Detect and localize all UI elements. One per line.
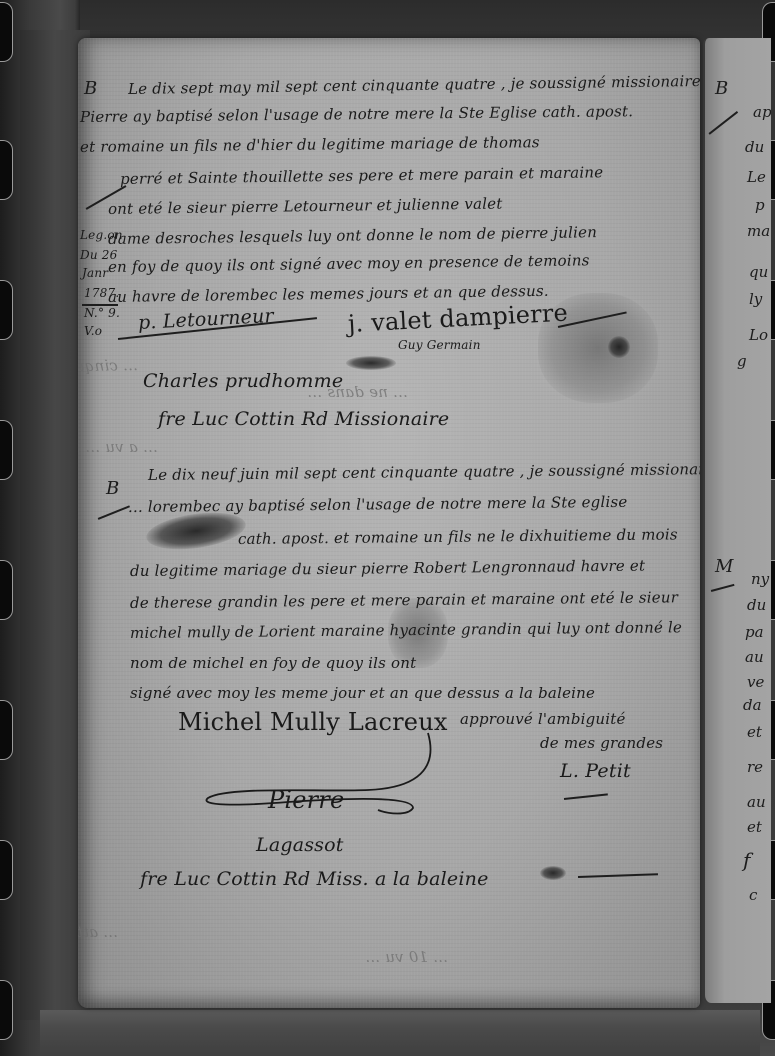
text-fragment: ny <box>751 570 769 588</box>
signature: fre Luc Cottin Rd Miss. a la baleine <box>140 868 489 890</box>
entry-text-line: dame desroches lesquels luy ont donne le… <box>108 223 597 248</box>
margin-note-line: V.o <box>84 324 102 338</box>
ink-blot <box>540 866 566 880</box>
text-fragment: du <box>745 138 764 156</box>
bleedthrough-text: ... 10 vu ... <box>365 948 448 966</box>
entry-text-line: Le dix neuf juin mil sept cent cinquante… <box>148 460 700 484</box>
text-fragment: Lo <box>749 326 768 344</box>
entry1-margin-mark: B <box>84 78 97 99</box>
text-fragment: au <box>747 793 766 811</box>
signature: L. Petit <box>560 760 631 782</box>
ink-blot <box>608 336 630 358</box>
signature: Guy Germain <box>398 338 481 352</box>
bleedthrough-text: ... attestée ... <box>78 923 118 941</box>
bleedthrough-text: … cinquante … sept … deux … <box>78 356 138 378</box>
entry-text-line: signé avec moy les meme jour et an que d… <box>130 684 595 702</box>
text-fragment: du <box>747 596 766 614</box>
text-fragment: Le <box>747 168 766 186</box>
entry-text-line: Pierre ay baptisé selon l'usage de notre… <box>80 102 633 126</box>
ink-blot <box>346 356 396 370</box>
entry-text-line: en foy de quoy ils ont signé avec moy en… <box>108 251 590 276</box>
text-fragment: ly <box>749 290 762 308</box>
sprocket-hole <box>0 280 13 340</box>
bleedthrough-text: … a vu … mariage … <box>78 438 158 456</box>
entry-text-line: et romaine un fils ne d'hier du legitime… <box>80 133 540 156</box>
margin-stroke <box>709 111 738 134</box>
text-fragment: ap <box>753 103 771 121</box>
sprocket-hole <box>0 840 13 900</box>
signature-flourish <box>564 793 608 799</box>
text-fragment: p <box>755 196 765 214</box>
text-fragment: au <box>745 648 764 666</box>
signature: fre Luc Cottin Rd Missionaire <box>158 408 449 430</box>
entry-text-line: perré et Sainte thouillette ses pere et … <box>120 163 604 188</box>
margin-mark: B <box>715 78 728 99</box>
entry-text-line: ont eté le sieur pierre Letourneur et ju… <box>108 194 503 218</box>
entry-text-line: nom de michel en foy de quoy ils ont <box>130 654 416 672</box>
entry2-margin-mark: B <box>106 478 119 499</box>
text-fragment: f <box>743 848 750 872</box>
text-fragment: g <box>737 352 747 370</box>
text-fragment: ma <box>747 222 770 240</box>
signature: j. valet dampierre <box>347 298 568 337</box>
sprocket-hole <box>0 420 13 480</box>
sprocket-hole <box>0 980 13 1040</box>
text-fragment: re <box>747 758 763 776</box>
approval-note: approuvé l'ambiguité <box>460 710 626 728</box>
text-fragment: qu <box>749 263 768 281</box>
sprocket-hole <box>0 140 13 200</box>
adjacent-page: B ap du Le p ma qu ly Lo g M ny du pa au… <box>703 38 771 1003</box>
entry-text-line: du legitime mariage du sieur pierre Robe… <box>130 557 645 580</box>
signature: Lagassot <box>256 834 344 856</box>
text-fragment: pa <box>745 623 764 641</box>
signature-flourish <box>578 873 658 877</box>
text-fragment: M <box>715 556 733 577</box>
sprocket-hole <box>0 700 13 760</box>
sprocket-hole <box>0 2 13 62</box>
entry-text-line: de therese grandin les pere et mere para… <box>130 588 678 612</box>
sprocket-hole <box>0 560 13 620</box>
signature: Pierre <box>268 786 344 814</box>
text-fragment: da <box>743 696 762 714</box>
entry-text-line: cath. apost. et romaine un fils ne le di… <box>238 525 678 548</box>
register-page: B Leg.on Du 26 Janr 1787. N.° 9. V.o Le … <box>78 38 700 1008</box>
bleedthrough-text: … ne dans … <box>307 383 408 401</box>
entry-text-line: Le dix sept may mil sept cent cinquante … <box>128 72 700 98</box>
text-fragment: ve <box>747 673 764 691</box>
text-fragment: et <box>747 818 762 836</box>
margin-stroke <box>711 584 735 592</box>
book-edge-bottom <box>40 1010 760 1056</box>
entry-text-line: michel mully de Lorient maraine hyacinte… <box>130 618 682 642</box>
margin-stroke <box>98 505 130 519</box>
approval-note: de mes grandes <box>540 734 663 752</box>
text-fragment: et <box>747 723 762 741</box>
margin-note-line: Janr <box>82 266 108 280</box>
entry-text-line: ... lorembec ay baptisé selon l'usage de… <box>128 493 628 516</box>
margin-note-line: N.° 9. <box>84 306 120 320</box>
text-fragment: c <box>749 886 757 904</box>
